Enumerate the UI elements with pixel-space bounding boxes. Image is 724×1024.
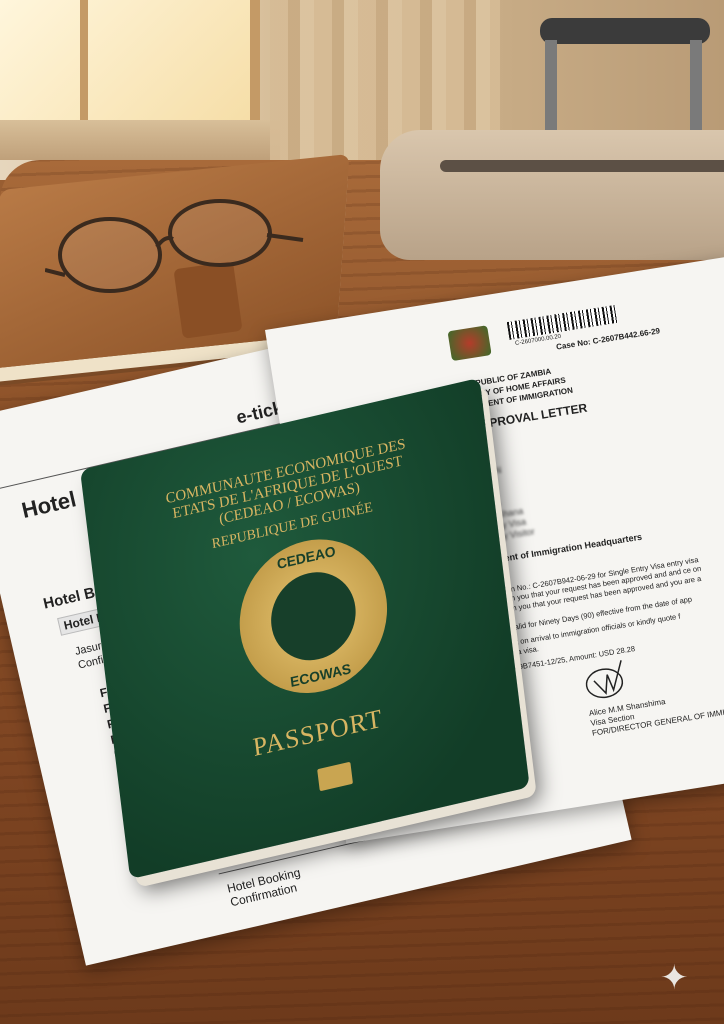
window-sill (0, 120, 280, 160)
suitcase (380, 130, 724, 260)
hotel-title: Hotel (19, 486, 78, 524)
photo-scene: e-ticket Hotel Flight:Carrier: Class:Dev… (0, 0, 724, 1024)
footer-lines: Hotel BookingConfirmation (226, 865, 305, 909)
ecowas-emblem: CEDEAO ECOWAS (231, 525, 396, 708)
biometric-chip-icon (317, 762, 353, 792)
coat-of-arms (447, 325, 491, 361)
glasses-icon (45, 195, 305, 305)
signature-icon (581, 658, 631, 704)
sparkle-icon: ✦ (660, 958, 689, 998)
window (0, 0, 260, 132)
suitcase-handle (540, 18, 710, 44)
